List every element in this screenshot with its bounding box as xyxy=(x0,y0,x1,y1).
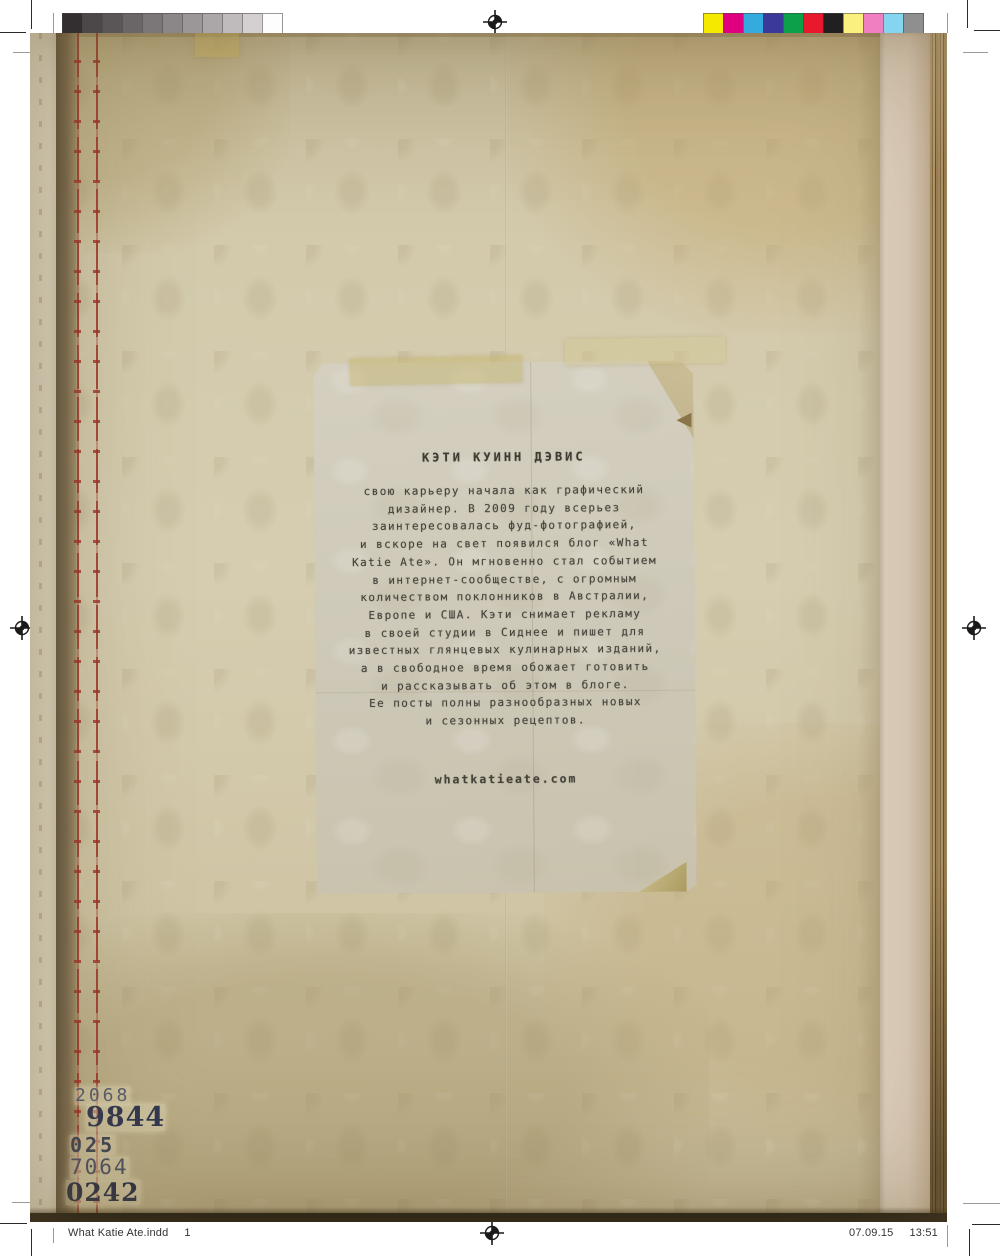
fold-mark-top-right-vertical xyxy=(947,13,948,33)
prepress-proof-sheet: КЭТИ КУИНН ДЭВИС свою карьеру начала как… xyxy=(0,0,1000,1256)
fold-mark-top-left-vertical xyxy=(53,13,54,33)
grayscale-swatch xyxy=(142,13,163,34)
grayscale-swatch xyxy=(242,13,263,34)
slug-datetime-line: 07.09.1513:51 xyxy=(849,1227,938,1239)
fold-mark-right-top-horizontal xyxy=(963,52,988,53)
color-swatch xyxy=(843,13,864,34)
grayscale-swatch xyxy=(122,13,143,34)
registration-mark-bottom xyxy=(480,1221,504,1245)
registration-mark-right xyxy=(962,616,986,640)
color-swatch xyxy=(903,13,924,34)
color-bar xyxy=(703,13,923,34)
crop-mark-bottom-left-horizontal xyxy=(0,1223,27,1224)
slug-filename-line: What Katie Ate.indd1 xyxy=(68,1227,191,1239)
color-swatch xyxy=(803,13,824,34)
slug-time: 13:51 xyxy=(909,1227,938,1239)
grayscale-swatch xyxy=(162,13,183,34)
registration-mark-top xyxy=(483,10,507,34)
color-swatch xyxy=(823,13,844,34)
crop-mark-top-right-horizontal xyxy=(974,30,1000,31)
grayscale-swatch xyxy=(262,13,283,34)
grayscale-swatch xyxy=(222,13,243,34)
grayscale-swatch xyxy=(82,13,103,34)
grayscale-bar xyxy=(62,13,282,34)
color-swatch xyxy=(723,13,744,34)
slug-filename: What Katie Ate.indd xyxy=(68,1227,168,1239)
grayscale-swatch xyxy=(102,13,123,34)
crop-mark-bottom-right-vertical xyxy=(969,1229,970,1256)
slug-date: 07.09.15 xyxy=(849,1227,893,1239)
color-swatch xyxy=(783,13,804,34)
edge-vignette xyxy=(30,33,947,1222)
color-swatch xyxy=(703,13,724,34)
grayscale-swatch xyxy=(62,13,83,34)
grayscale-swatch xyxy=(202,13,223,34)
crop-mark-bottom-left-vertical xyxy=(31,1229,32,1256)
crop-mark-top-left-vertical xyxy=(31,0,32,29)
grayscale-swatch xyxy=(182,13,203,34)
crop-mark-top-left-horizontal xyxy=(0,32,26,33)
fold-mark-bottom-left-vertical xyxy=(53,1228,54,1243)
color-swatch xyxy=(743,13,764,34)
scanned-book-endpaper: КЭТИ КУИНН ДЭВИС свою карьеру начала как… xyxy=(30,33,947,1222)
color-swatch xyxy=(863,13,884,34)
crop-mark-bottom-right-horizontal xyxy=(972,1224,1000,1225)
fold-mark-bottom-right-vertical xyxy=(947,1225,948,1247)
crop-mark-top-right-vertical xyxy=(967,0,968,28)
slug-page-number: 1 xyxy=(184,1227,190,1239)
color-swatch xyxy=(883,13,904,34)
fold-mark-right-bottom-horizontal xyxy=(963,1203,1000,1204)
color-swatch xyxy=(763,13,784,34)
